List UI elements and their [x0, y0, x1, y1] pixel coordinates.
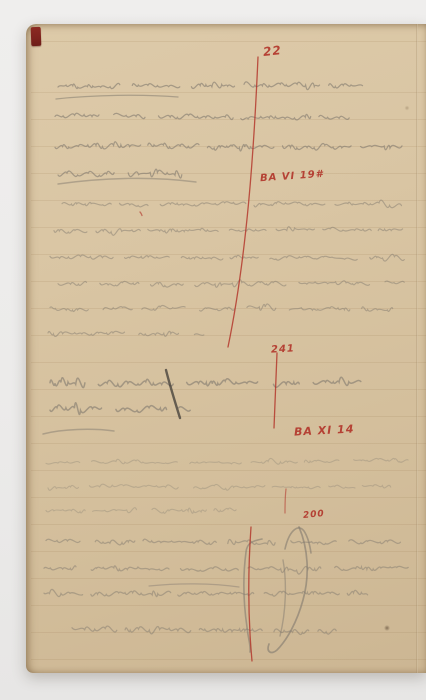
red-number-241: 241: [271, 343, 295, 355]
handwriting-paragraph-3: [50, 377, 361, 414]
handwriting-paragraph-5: [44, 539, 408, 634]
handwriting-paragraph-4: [46, 458, 408, 513]
scan-background: 22 BA VI 19# 241 BA XI 14 200: [0, 0, 426, 700]
red-number-200: 200: [303, 509, 326, 521]
handwriting-paragraph-2: [48, 200, 404, 336]
handwriting-layer: [0, 0, 426, 700]
red-page-number: 22: [262, 43, 282, 59]
handwriting-paragraph-1: [55, 82, 402, 178]
